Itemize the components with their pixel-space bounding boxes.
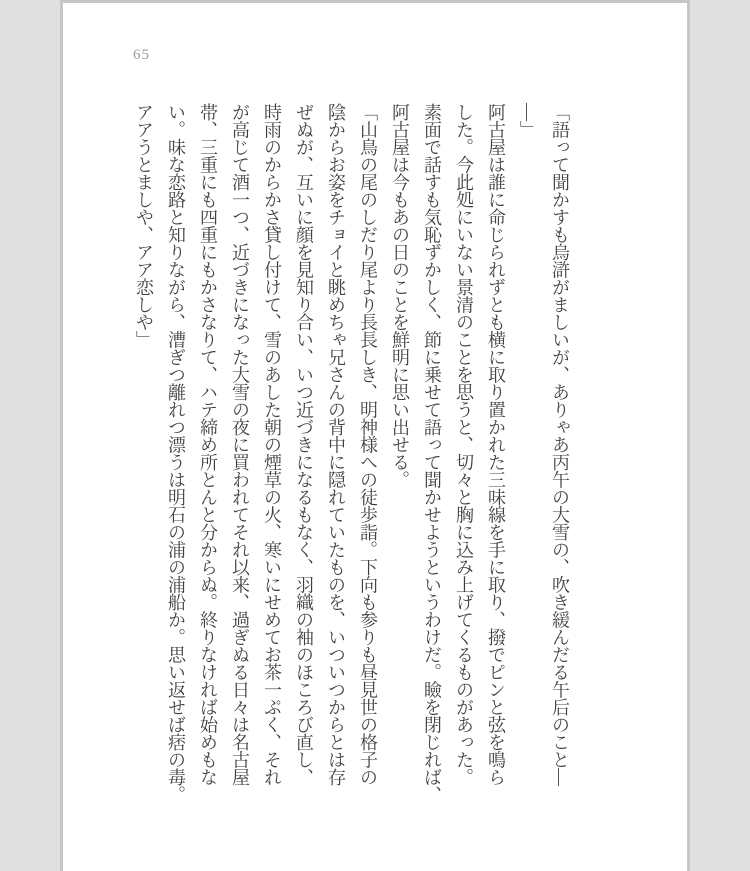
text-line: ぜぬが、互いに顔を見知り合い、いつ近づきになるもなく、羽織の袖のほころび直し、 <box>288 103 320 803</box>
text-line: 「山鳥の尾のしだり尾より長長しき、明神様への徒歩詣。下向も参りも昼見世の格子の <box>352 103 384 803</box>
page-number: 65 <box>133 47 150 64</box>
book-page: 65 「語って聞かすも烏滸がましいが、ありゃあ丙午の大雪の、吹き緩んだる午后のこ… <box>60 0 690 871</box>
text-line: 陰からお姿をチョイと眺めちゃ兄さんの背中に隠れていたものを、いついつからとは存 <box>320 103 352 803</box>
text-line: が高じて酒一つ、近づきになった大雪の夜に買われてそれ以来、過ぎぬる日々は名古屋 <box>224 103 256 803</box>
text-line: 帯、三重にも四重にもかさなりて、ハテ締め所とんと分からぬ。終りなければ始めもな <box>192 103 224 803</box>
reader-background: { "page": { "number": "65", "lines": [ "… <box>0 0 750 871</box>
text-line: 阿古屋は誰に命じられずとも横に取り置かれた三味線を手に取り、撥でピンと弦を鳴ら <box>480 103 512 803</box>
text-line: 素面で話すも気恥ずかしく、節に乗せて語って聞かせようというわけだ。瞼を閉じれば、 <box>416 103 448 803</box>
text-line: 「語って聞かすも烏滸がましいが、ありゃあ丙午の大雪の、吹き緩んだる午后のこと― <box>544 103 576 803</box>
text-line: 時雨のからかさ貸し付けて、雪のあした朝の煙草の火、寒いにせめてお茶一ぷく、それ <box>256 103 288 803</box>
text-line: した。今此処にいない景清のことを思うと、切々と胸に込み上げてくるものがあった。 <box>448 103 480 803</box>
text-line: い。味な恋路と知りながら、漕ぎつ離れつ漂うは明石の浦の浦船か。思い返せば痞の毒。 <box>160 103 192 803</box>
text-line: アアうとましや、アア恋しや」 <box>128 103 160 803</box>
text-line: ―」 <box>512 103 544 803</box>
body-text: 「語って聞かすも烏滸がましいが、ありゃあ丙午の大雪の、吹き緩んだる午后のこと― … <box>128 103 576 803</box>
text-line: 阿古屋は今もあの日のことを鮮明に思い出せる。 <box>384 103 416 803</box>
